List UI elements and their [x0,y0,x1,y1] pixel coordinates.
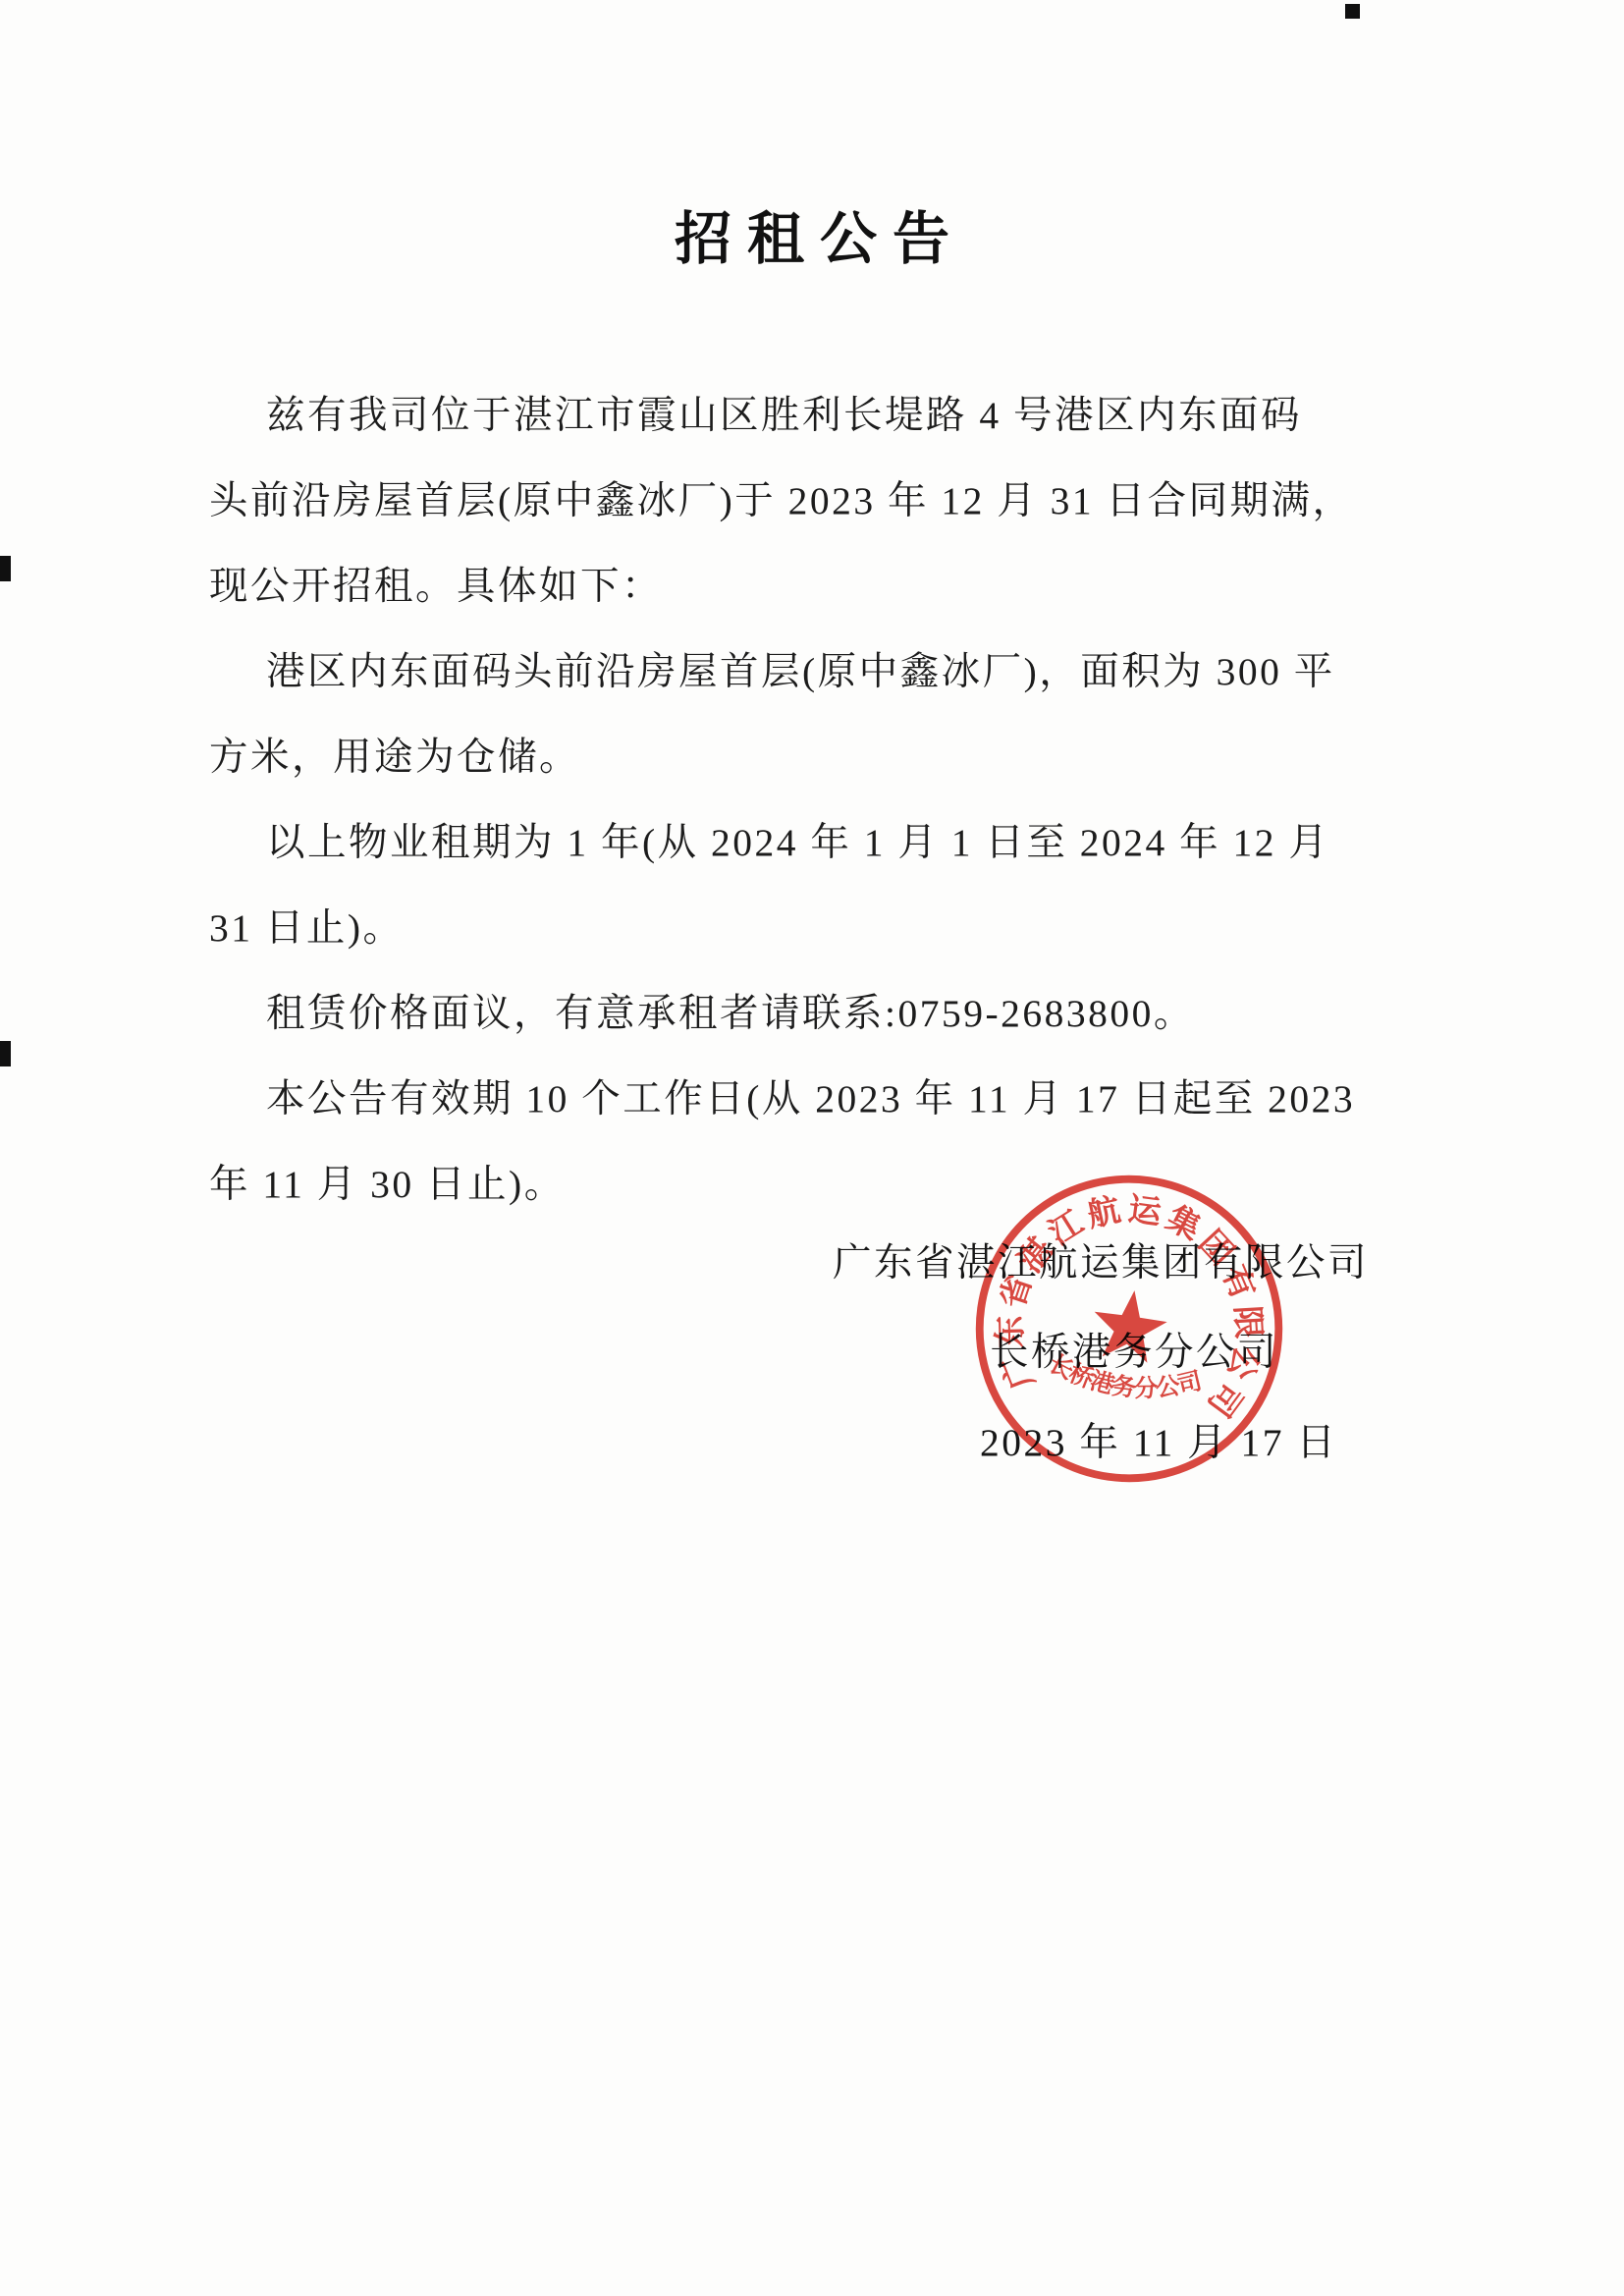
body-line: 租赁价格面议，有意承租者请联系:0759-2683800。 [209,971,1304,1057]
body-line: 兹有我司位于湛江市霞山区胜利长堤路 4 号港区内东面码 [209,373,1304,459]
body-line: 头前沿房屋首层(原中鑫冰厂)于 2023 年 12 月 31 日合同期满， [209,459,1304,544]
svg-text:长桥港务分公司: 长桥港务分公司 [1042,1345,1208,1412]
seal-inner-text: 长桥港务分公司 [1042,1345,1208,1412]
seal-star-icon [1089,1285,1171,1365]
scan-artifact [0,1041,11,1066]
body-line: 方米，用途为仓储。 [209,715,1304,800]
document-body: 兹有我司位于湛江市霞山区胜利长堤路 4 号港区内东面码 头前沿房屋首层(原中鑫冰… [209,373,1304,1228]
document-title: 招租公告 [0,192,1624,275]
body-line: 31 日止)。 [209,886,1304,971]
body-line: 港区内东面码头前沿房屋首层(原中鑫冰厂)，面积为 300 平 [209,629,1304,715]
scan-artifact [1345,4,1360,19]
document-page: 招租公告 兹有我司位于湛江市霞山区胜利长堤路 4 号港区内东面码 头前沿房屋首层… [0,0,1624,2296]
body-line: 本公告有效期 10 个工作日(从 2023 年 11 月 17 日起至 2023 [209,1057,1304,1142]
body-line: 现公开招租。具体如下： [209,544,1304,629]
body-line: 以上物业租期为 1 年(从 2024 年 1 月 1 日至 2024 年 12 … [209,800,1304,886]
company-seal-stamp: 广东省湛江航运集团有限公司 长桥港务分公司 [944,1143,1314,1513]
scan-artifact [0,556,11,581]
